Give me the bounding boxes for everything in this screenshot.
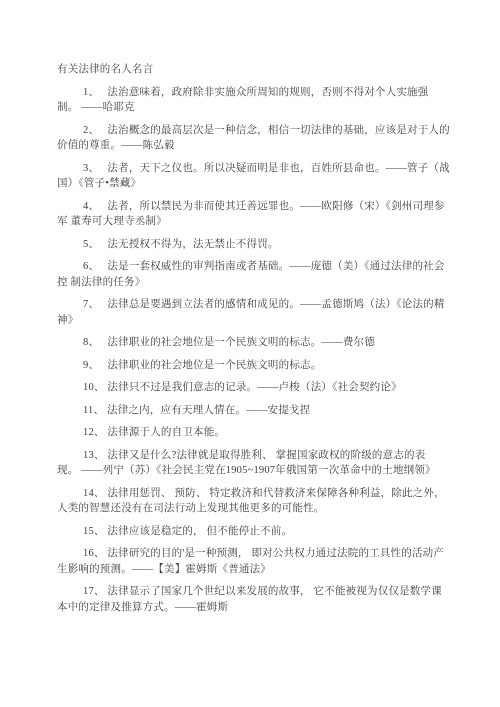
list-item: 10、 法律只不过是我们意志的记录。——卢梭（法）《社会契约论》 [57, 380, 457, 396]
list-item: 15、 法律应该是稳定的， 但不能停止不前。 [57, 524, 457, 540]
list-item: 4、 法者，所以禁民为非而使其迁善远罪也。——欧阳修（宋）《剑州司理参 军 董寿… [57, 199, 457, 230]
list-item: 6、 法是一套权威性的审判指南或者基础。——庞德（美）《通过法律的社会 控 制法… [57, 259, 457, 290]
list-item: 1、 法治意味着，政府除非实施众所周知的规则，否则不得对个人实施强 制。 ——哈… [57, 85, 457, 116]
list-item: 17、 法律显示了国家几个世纪以来发展的故事， 它不能被视为仅仅是数学课 本中的… [57, 584, 457, 615]
list-item: 8、 法律职业的社会地位是一个民族文明的标志。——费尔德 [57, 335, 457, 351]
quote-list: 1、 法治意味着，政府除非实施众所周知的规则，否则不得对个人实施强 制。 ——哈… [57, 85, 457, 616]
document-title: 有关法律的名人名言 [57, 62, 457, 78]
list-item: 12、 法律源于人的自卫本能。 [57, 425, 457, 441]
list-item: 2、 法治概念的最高层次是一种信念，相信一切法律的基础，应该是对于人的 价值的尊… [57, 123, 457, 154]
list-item: 13、 法律又是什么?法律就是取得胜利、 掌握国家政权的阶级的意志的表 现。 —… [57, 448, 457, 479]
list-item: 5、 法无授权不得为，法无禁止不得罚。 [57, 237, 457, 253]
document-body: { "page": { "background": "#ffffff", "te… [0, 0, 500, 707]
list-item: 3、 法者，天下之仪也。所以决疑而明是非也，百姓所县命也。——管子（战 国）《管… [57, 161, 457, 192]
list-item: 9、 法律职业的社会地位是一个民族文明的标志。 [57, 358, 457, 374]
list-item: 16、 法律研究的目的'是一种预测， 即对公共权力通过法院的工具性的活动产 生影… [57, 546, 457, 577]
list-item: 14、 法律用惩罚、 预防、 特定救济和代替救济来保障各种利益，除此之外， 人类… [57, 486, 457, 517]
list-item: 7、 法律总是要遇到立法者的感情和成见的。——孟德斯鸠（法）《论法的精 神》 [57, 297, 457, 328]
list-item: 11、 法律之内，应有天理人情在。——安提戈捏 [57, 403, 457, 419]
document-page: 有关法律的名人名言 1、 法治意味着，政府除非实施众所周知的规则，否则不得对个人… [57, 62, 457, 622]
